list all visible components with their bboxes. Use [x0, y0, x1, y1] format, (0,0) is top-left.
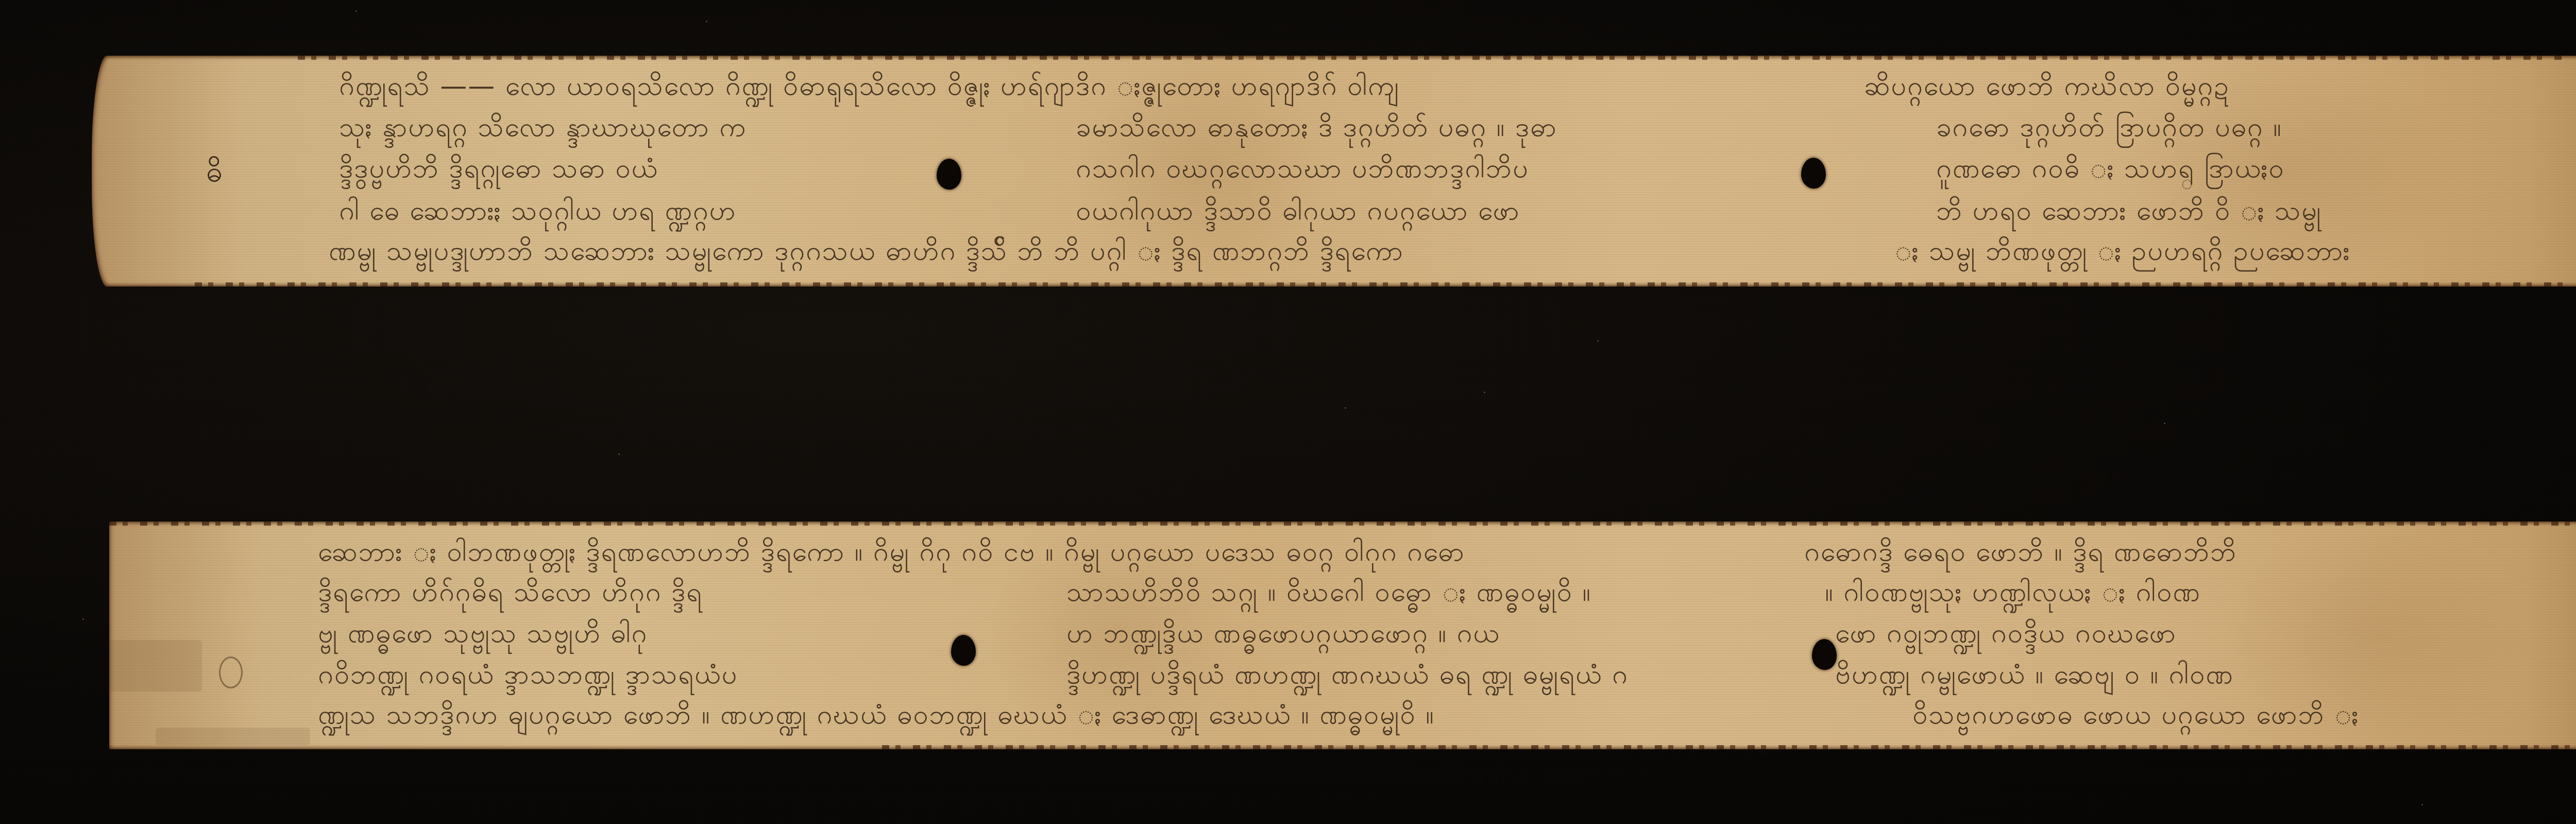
burnt-edge [195, 282, 2565, 287]
text-line-2-right: ။ ဂါဝဏဗ္ဗုသုႏ ဟဏ္ဍါလုယႏ ႏ ဂါဝဏ [1825, 572, 2201, 612]
burnt-edge [109, 522, 2576, 526]
text-line-2-left: ဒ္ဒိရကော ဟိဂ်ဂုဓိရ သိလော ဟိဂုဂ ဒ္ဒိရ [318, 572, 703, 612]
text-line-4-left: ဂဝိဘဏ္ဍု ဂဝရယံ ဒ္ဒာသဘဏ္ဍု ဒ္ဒာသရယံပ [318, 654, 738, 695]
folio-circle-marker [219, 657, 243, 688]
text-line-3-right: ဖော ဂဝ္ဗုဘဏ္ဍု ဂဝဒ္ဒိယ ဂဝဃဖော [1835, 613, 2177, 653]
text-line-5-left: ဏ္ဍုသ သဘဒ္ဒိဂဟ ဓျပဂ္ဂယော ဖောဘိ ။ ဏဟဏ္ဍု … [318, 695, 1435, 735]
dust-speck [618, 453, 620, 455]
dust-speck [2164, 423, 2165, 424]
text-line-4-right: ဗိဟဏ္ဍု ဂမ္ဗုဖောယံ ။ ဆေဗျ ဝ ။ ဂါဝဏ [1835, 654, 2234, 695]
dust-speck [1345, 407, 1346, 409]
text-line-1: ဂိဏ္ဍုရသိ —— လော ယာဝရသိလော ဂိဏ္ဍု ဝိဓာရု… [339, 66, 1399, 106]
text-line-2-left: သုႏ န္ဒာဟရဂ္ဂ သိလော န္ဒာဃာဃုတော က [339, 107, 747, 147]
text-line-3-middle: ဟ ဘဏ္ဍုဒ္ဒိယ ဏဓ္ဓဖောပဂ္ဂယာဖောဂ္ဂ ။ ဂယ [1066, 613, 1500, 653]
text-line-2-middle: ခမာသိလော ဓာနုတောႏ ဒိ ဒုဂ္ဂဟိတ် ပဓဂ္ဂ ။ ဒ… [1076, 107, 1557, 147]
text-line-4-right: ဘိ ဟရဝ ဆေဘား ဖောဘိ ဝိ ႏ သမ္ဗု [1936, 191, 2321, 231]
text-line-4-left: ဂါ ဓေ ဆေဘားႏ သဝုဂ္ဂါယ ဟရ ဏ္ဍဂ္ဂဟ [339, 191, 736, 231]
dust-speck [355, 10, 357, 12]
string-hole-right [1801, 158, 1826, 189]
text-line-3-middle: ဂသဂါဂ ဝဃဂ္ဂလောသဃာ ပဘိဏဘဒ္ဒဂါဘိပ [1076, 148, 1529, 189]
string-hole-left [951, 635, 976, 666]
folio-number: ဓိ [206, 154, 223, 196]
water-stain [109, 640, 202, 692]
text-line-4-middle: ဒ္ဒိဟဏ္ဍု ပဒ္ဒိရယံ ဏဟဏ္ဍု ဏဂဃယံ ဓရ ဏ္ဍု … [1066, 654, 1629, 695]
palm-leaf-top: ဓိ ဂိဏ္ဍုရသိ —— လော ယာဝရသိလော ဂိဏ္ဍု ဝိဓ… [92, 56, 2576, 287]
text-line-2-right: ခဂဓော ဒုဂ္ဂဟိတ် ဒြာပဂ္ဂိတ ပဓဂ္ဂ ။ [1936, 107, 2282, 147]
dust-speck [706, 21, 707, 22]
dust-speck [1484, 392, 1485, 393]
text-line-5-right: ဝိသဗ္ဗဂဟဖောဓ ဖောယ ပဂ္ဂယော ဖောဘိ ႏ [1912, 695, 2359, 735]
string-hole-left [937, 159, 961, 190]
text-line-5-right: ႏ သမ္ဗု ဘိဏဖုတ္တု ႏ ဉပဟရဂ္ဂိ ဉပဆေဘား [1895, 231, 2350, 271]
dust-speck [2421, 804, 2423, 805]
text-line-3-left: ဒ္ဒိဒွပ္ဗဟိဘိ ဒ္ဒိရဂ္ဂုဓော သဓာ ဝယံ [339, 148, 658, 189]
text-line-3-right: ဂူဏဓော ဂဝဓိ ႏ သဟရ္ ဒြာယႏဝ [1936, 148, 2284, 189]
text-line-2-middle: သာသဟိဘိဝိ သဂ္ဂု ။ ဝိဃဂေါ ဝဓ္ဓော ႏ ဏဓ္ဓဝမ… [1066, 572, 1591, 612]
palm-leaf-bottom: ဆေဘား ႏ ဝါဘဏဖုတ္တုႏ ဒ္ဒိရဏလောဟဘိ ဒ္ဒိရကေ… [109, 522, 2576, 749]
water-stain [156, 728, 310, 745]
dust-speck [82, 618, 84, 620]
dust-speck [1597, 340, 1599, 342]
text-line-5-left: ဏမ္ဗု သမ္ဗုပဒ္ဒုဟာဘိ သဆေဘား သမ္ဗုကော ဒုဂ… [329, 231, 1404, 271]
string-hole-right [1812, 639, 1837, 670]
burnt-edge [298, 56, 2565, 60]
text-line-1-right: ဆိပဂ္ဂယော ဖောဘိ ကဃိလာ ဝိမ္မဂ္ဂဍ [1864, 66, 2230, 106]
text-line-4-middle: ဝယဂါဂုယာ ဒ္ဒိသာဝိ ဓါဂုယာ ဂပဂ္ဂယော ဖော [1076, 191, 1520, 231]
text-line-1-left: ဆေဘား ႏ ဝါဘဏဖုတ္တုႏ ဒ္ဒိရဏလောဟဘိ ဒ္ဒိရကေ… [318, 532, 1465, 572]
text-line-3-left: ဗ္ဗု ဏဓ္ဓဖော သုဗ္ဗုသု သဗ္ဗုဟိ ဓါဂု [318, 613, 648, 653]
burnt-edge [882, 745, 2576, 749]
text-line-1-right: ဂဓောဂဒ္ဒိ ဓေရဝ ဖောဘိ ။ ဒ္ဒိရ ဏဓောဘိဘိ [1804, 532, 2237, 572]
